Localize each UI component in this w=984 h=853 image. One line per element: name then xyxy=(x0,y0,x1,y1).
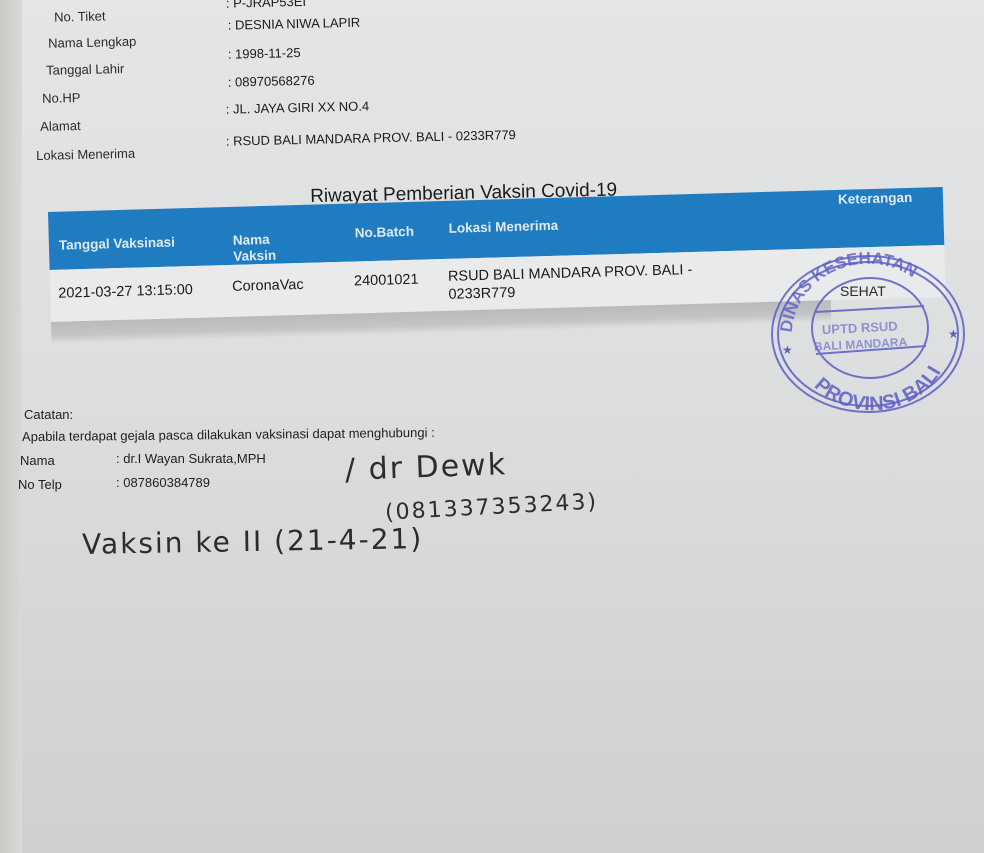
stamp-center-line1: UPTD RSUD xyxy=(822,318,899,337)
cell-date: 2021-03-27 13:15:00 xyxy=(58,282,193,302)
cell-location-line2: 0233R779 xyxy=(448,285,515,303)
paper-edge xyxy=(0,0,22,853)
notes-intro: Apabila terdapat gejala pasca dilakukan … xyxy=(22,425,435,444)
info-value: : DESNIA NIWA LAPIR xyxy=(228,15,361,33)
stamp-star-left-icon: ★ xyxy=(782,343,793,357)
column-header-batch: No.Batch xyxy=(354,224,414,241)
column-header-date: Tanggal Vaksinasi xyxy=(59,234,175,252)
info-label: Alamat xyxy=(40,118,81,134)
info-value: : 08970568276 xyxy=(228,73,315,90)
contact-name-label: Nama xyxy=(20,453,55,468)
info-label: No. Tiket xyxy=(54,8,106,24)
contact-phone-label: No Telp xyxy=(18,477,62,492)
column-header-location: Lokasi Menerima xyxy=(448,218,558,236)
handwritten-alt-contact: / dr Dewk xyxy=(344,447,507,488)
notes-heading: Catatan: xyxy=(24,407,73,422)
column-header-notes: Keterangan xyxy=(838,190,913,207)
column-header-vaccine-name: Nama Vaksin xyxy=(233,231,294,265)
contact-phone-value: : 087860384789 xyxy=(116,475,210,490)
info-value: : JL. JAYA GIRI XX NO.4 xyxy=(226,98,370,116)
info-label: Tanggal Lahir xyxy=(46,61,124,78)
cell-batch: 24001021 xyxy=(354,272,419,290)
cell-vaccine-name: CoronaVac xyxy=(232,277,304,295)
info-value: : RSUD BALI MANDARA PROV. BALI - 0233R77… xyxy=(226,127,516,149)
info-label: Nama Lengkap xyxy=(48,34,136,51)
handwritten-second-dose: Vaksin ke II (21-4-21) xyxy=(82,522,424,561)
handwritten-alt-phone: (081337353243) xyxy=(384,489,598,525)
info-label: No.HP xyxy=(42,90,81,106)
contact-name-value: : dr.I Wayan Sukrata,MPH xyxy=(116,451,266,466)
cell-location-line1: RSUD BALI MANDARA PROV. BALI - xyxy=(448,262,693,285)
info-value: : P-JRAP53EI xyxy=(226,0,307,11)
stamp-center-line2: BALI MANDARA xyxy=(814,335,908,354)
stamp-center-top: SEHAT xyxy=(840,283,886,299)
official-stamp-icon: DINAS KESEHATAN PROVINSI BALI SEHAT UPTD… xyxy=(766,250,968,414)
info-value: : 1998-11-25 xyxy=(228,45,301,62)
info-label: Lokasi Menerima xyxy=(36,146,135,163)
stamp-star-right-icon: ★ xyxy=(948,327,959,341)
